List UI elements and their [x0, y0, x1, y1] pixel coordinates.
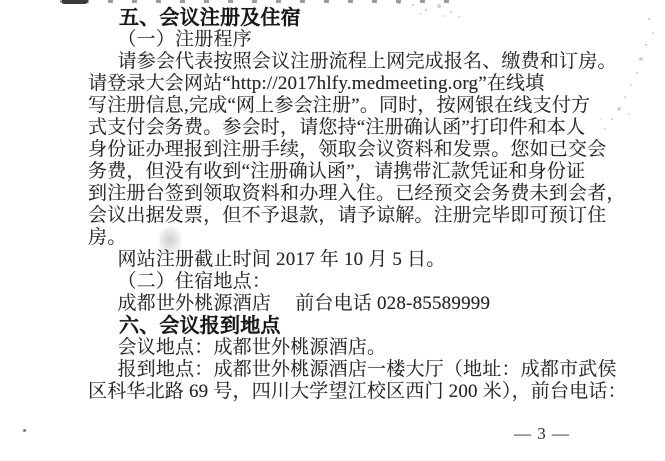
text-line: 写注册信息,完成“网上参会注册”。同时，按网银在线支付方 — [88, 95, 628, 117]
scan-artifact-speck-bottom-left — [23, 429, 26, 432]
text-line: 区科华北路 69 号，四川大学望江校区西门 200 米），前台电话： — [88, 381, 628, 403]
text-line: 式支付会务费。参会时，请您持“注册确认函”打印件和本人 — [88, 117, 628, 139]
page-number: — 3 — — [514, 424, 570, 444]
text-line: 会议出据发票，但不予退款，请予谅解。注册完毕即可预订住 — [88, 205, 628, 227]
scan-artifact-top-mark — [62, 0, 88, 4]
text-line: 请登录大会网站“http://2017hlfy.medmeeting.org”在… — [88, 73, 628, 95]
text-line: 会议地点：成都世外桃源酒店。 — [88, 337, 628, 359]
text-line: 成都世外桃源酒店 前台电话 028-85589999 — [88, 293, 628, 315]
text-line: 报到地点：成都世外桃源酒店一楼大厅（地址：成都市武侯 — [88, 359, 628, 381]
text-line: 六、会议报到地点 — [88, 315, 628, 337]
text-line: 网站注册截止时间 2017 年 10 月 5 日。 — [88, 249, 628, 271]
text-line: 到注册台签到领取资料和办理入住。已经预交会务费未到会者， — [88, 183, 628, 205]
text-line: （一）注册程序 — [88, 29, 628, 51]
text-line: 五、会议注册及住宿 — [88, 7, 628, 29]
text-line: 务费，但没有收到“注册确认函”，请携带汇款凭证和身份证 — [88, 161, 628, 183]
document-text: 五、会议注册及住宿（一）注册程序请参会代表按照会议注册流程上网完成报名、缴费和订… — [88, 7, 628, 403]
text-line: 请参会代表按照会议注册流程上网完成报名、缴费和订房。 — [88, 51, 628, 73]
scanned-document-page: 五、会议注册及住宿（一）注册程序请参会代表按照会议注册流程上网完成报名、缴费和订… — [0, 0, 665, 461]
text-line: 身份证办理报到注册手续，领取会议资料和发票。您如已交会 — [88, 139, 628, 161]
scan-artifact-speckles-right-edge — [648, 18, 650, 20]
scan-artifact-speckles-top-right — [398, 2, 400, 4]
text-line: 房。 — [88, 227, 628, 249]
text-line: （二）住宿地点： — [88, 271, 628, 293]
scan-artifact-top-dashes — [60, 0, 460, 3]
